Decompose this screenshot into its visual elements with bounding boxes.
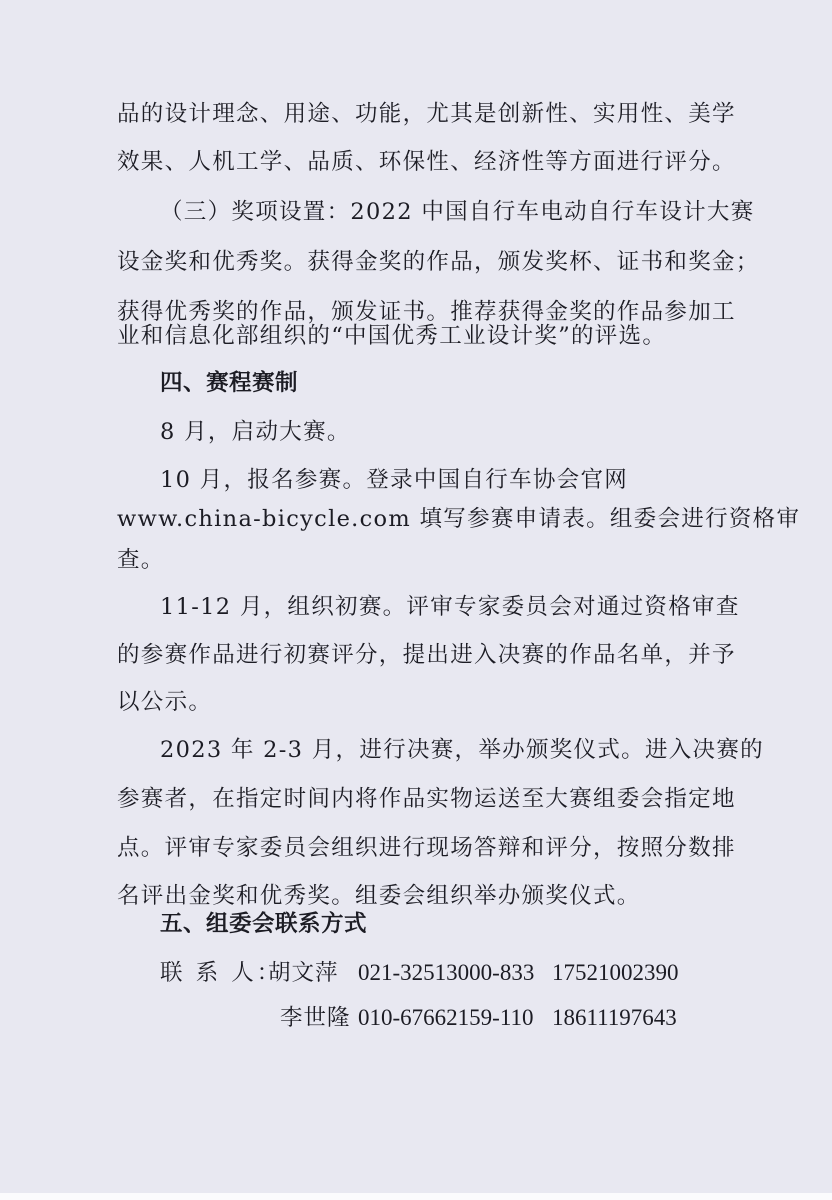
section-heading-contact: 五、组委会联系方式 <box>160 909 367 939</box>
paragraph-line: 以公示。 <box>117 687 212 717</box>
paragraph-line: 点。评审专家委员会组织进行现场答辩和评分，按照分数排 <box>117 833 736 863</box>
paragraph-line: 的参赛作品进行初赛评分，提出进入决赛的作品名单，并予 <box>117 640 736 670</box>
contact-mobile: 17521002390 <box>552 958 679 988</box>
schedule-item: 8 月，启动大赛。 <box>160 417 351 447</box>
document-page: 品的设计理念、用途、功能，尤其是创新性、实用性、美学 效果、人机工学、品质、环保… <box>0 0 832 1193</box>
paragraph-line: 效果、人机工学、品质、环保性、经济性等方面进行评分。 <box>117 147 736 177</box>
paragraph-line: 设金奖和优秀奖。获得金奖的作品，颁发奖杯、证书和奖金； <box>117 247 760 277</box>
schedule-item: 11-12 月，组织初赛。评审专家委员会对通过资格审查 <box>160 592 740 622</box>
contact-row: 李世隆 010-67662159-110 18611197643 <box>160 1003 720 1033</box>
contact-name: 胡文萍 <box>268 958 339 988</box>
contact-name: 李世隆 <box>280 1003 351 1033</box>
contact-mobile: 18611197643 <box>552 1003 677 1033</box>
paragraph-line: 参赛者，在指定时间内将作品实物运送至大赛组委会指定地 <box>117 784 736 814</box>
website-line: www.china-bicycle.com 填写参赛申请表。组委会进行资格审 <box>117 504 800 534</box>
contact-label: 联 系 人： <box>160 958 282 988</box>
contact-row: 联 系 人： 胡文萍 021-32513000-833 17521002390 <box>160 958 720 988</box>
paragraph-line: 查。 <box>117 545 165 575</box>
schedule-item: 10 月，报名参赛。登录中国自行车协会官网 <box>160 465 628 495</box>
paragraph-line: 名评出金奖和优秀奖。组委会组织举办颁奖仪式。 <box>117 881 641 911</box>
schedule-item: 2023 年 2-3 月，进行决赛，举办颁奖仪式。进入决赛的 <box>160 735 764 765</box>
paragraph-line: 品的设计理念、用途、功能，尤其是创新性、实用性、美学 <box>117 99 736 129</box>
paragraph-line: 业和信息化部组织的“中国优秀工业设计奖”的评选。 <box>117 321 666 351</box>
section-heading-schedule: 四、赛程赛制 <box>160 368 298 398</box>
paragraph-line: （三）奖项设置：2022 中国自行车电动自行车设计大赛 <box>160 197 755 227</box>
contact-phone: 021-32513000-833 <box>358 958 534 988</box>
contact-phone: 010-67662159-110 <box>358 1003 533 1033</box>
